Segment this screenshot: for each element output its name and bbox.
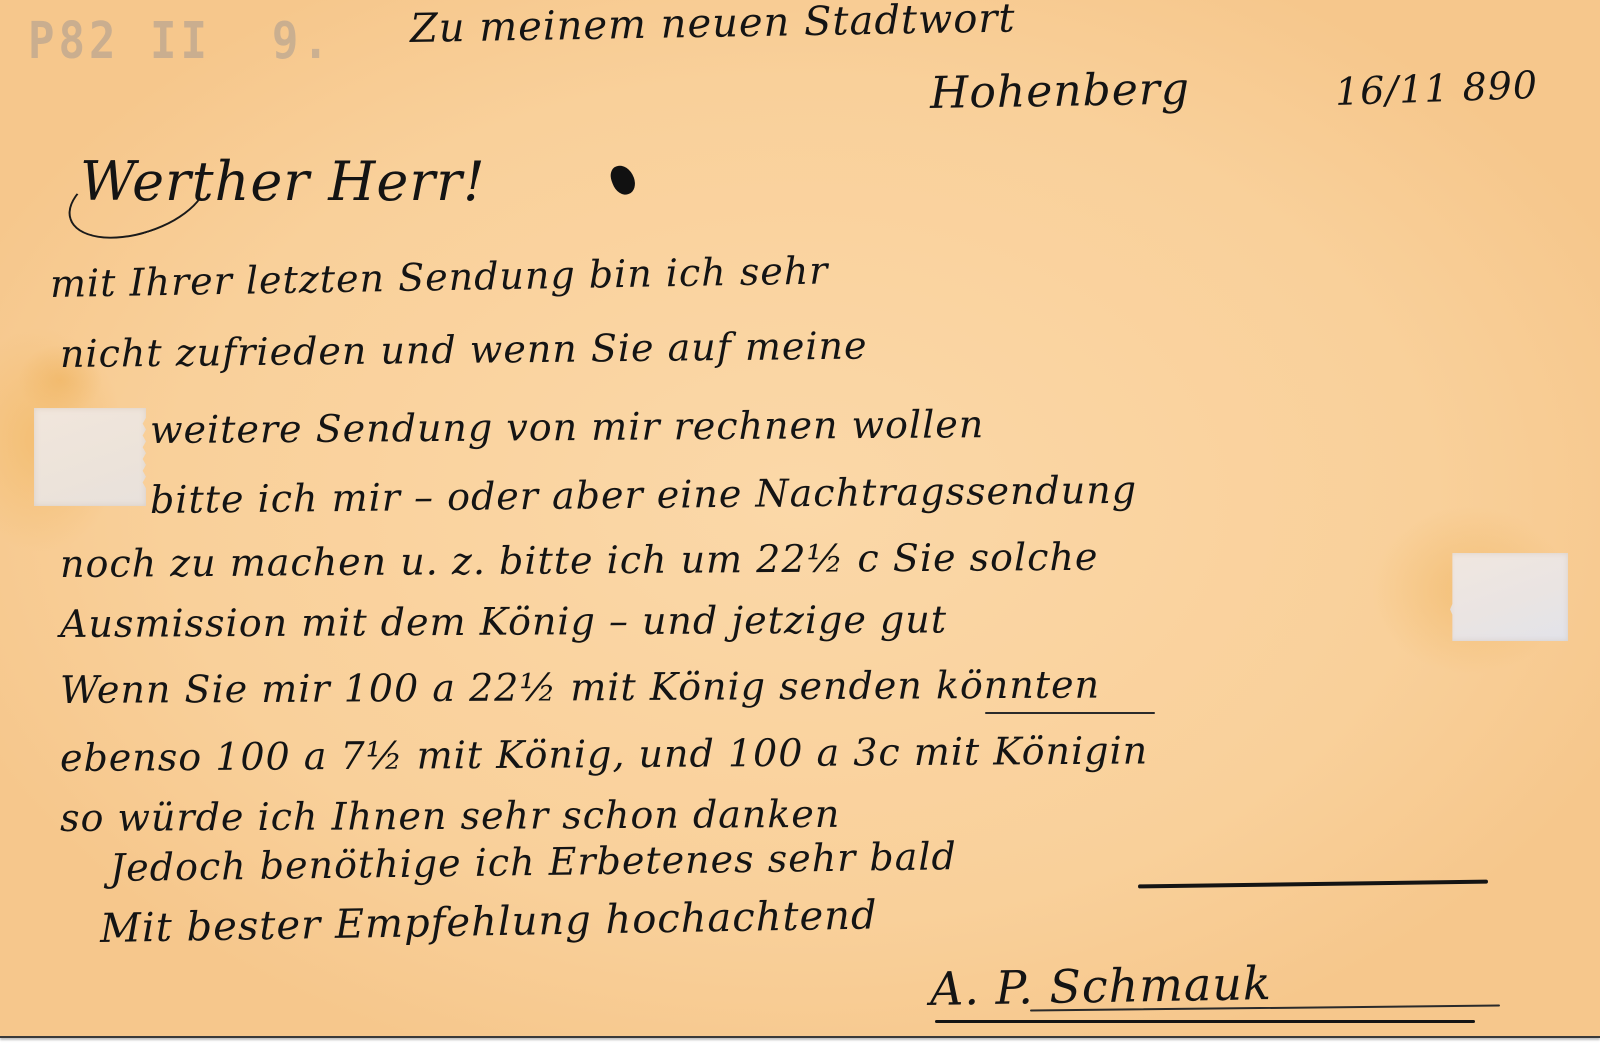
heading-place: Hohenberg xyxy=(930,63,1191,119)
body-line-9: so würde ich Ihnen sehr schon danken xyxy=(60,792,841,840)
body-line-5: noch zu machen u. z. bitte ich um 22½ c … xyxy=(60,535,1099,586)
body-line-3: weitere Sendung von mir rechnen wollen xyxy=(150,402,985,452)
underline-sehr-bald xyxy=(1138,880,1488,889)
body-line-2: nicht zufrieden und wenn Sie auf meine xyxy=(60,324,868,376)
heading-date: 16/11 890 xyxy=(1334,63,1539,114)
closing: Mit bester Empfehlung hochachtend xyxy=(100,892,878,952)
body-line-10: Jedoch benöthige ich Erbetenes sehr bald xyxy=(110,834,957,890)
body-line-1: mit Ihrer letzten Sendung bin ich sehr xyxy=(50,248,829,306)
archive-number-stamp: P82 II 9. xyxy=(28,12,333,71)
heading-place-note: Zu meinem neuen Stadtwort xyxy=(410,0,1016,52)
body-line-4: bitte ich mir – oder aber eine Nachtrags… xyxy=(150,468,1137,522)
stamp-remnant-right xyxy=(1450,553,1568,641)
stamp-remnant-left xyxy=(34,408,146,506)
postcard: P82 II 9. Zu meinem neuen Stadtwort Hohe… xyxy=(0,0,1600,1038)
body-line-8: ebenso 100 a 7½ mit König, und 100 a 3c … xyxy=(60,728,1148,780)
ink-blot xyxy=(608,162,639,198)
body-line-7: Wenn Sie mir 100 a 22½ mit König senden … xyxy=(60,663,1100,712)
signature-underline xyxy=(935,1020,1475,1023)
underline-koenig xyxy=(985,712,1155,714)
body-line-6: Ausmission mit dem König – und jetzige g… xyxy=(60,597,947,646)
